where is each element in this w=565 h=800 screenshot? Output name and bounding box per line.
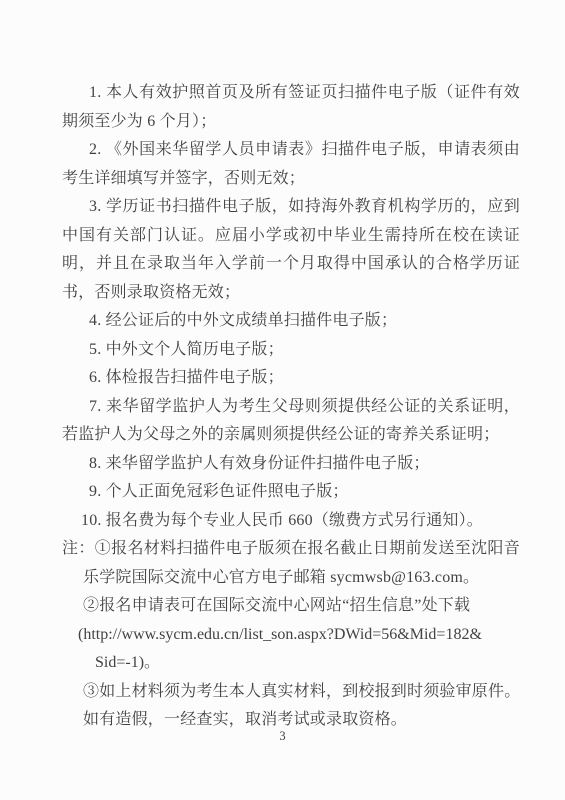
text-line: 书，否则录取资格无效； bbox=[62, 279, 520, 308]
text-line: (http://www.sycm.edu.cn/list_son.aspx?DW… bbox=[62, 621, 520, 650]
text-line: 乐学院国际交流中心官方电子邮箱 sycmwsb@163.com。 bbox=[62, 564, 520, 593]
text-line: ③如上材料须为考生本人真实材料，到校报到时须验审原件。 bbox=[62, 678, 520, 707]
text-line: 7. 来华留学监护人为考生父母则须提供经公证的关系证明， bbox=[62, 393, 520, 422]
text-line: 9. 个人正面免冠彩色证件照电子版； bbox=[62, 478, 520, 507]
text-line: 10. 报名费为每个专业人民币 660（缴费方式另行通知）。 bbox=[62, 507, 520, 536]
text-line: 注：①报名材料扫描件电子版须在报名截止日期前发送至沈阳音 bbox=[62, 535, 520, 564]
text-line: Sid=-1)。 bbox=[62, 649, 520, 678]
text-line: 1. 本人有效护照首页及所有签证页扫描件电子版（证件有效 bbox=[62, 79, 520, 108]
document-page: 1. 本人有效护照首页及所有签证页扫描件电子版（证件有效期须至少为 6 个月）；… bbox=[0, 0, 565, 800]
text-line: 期须至少为 6 个月）； bbox=[62, 108, 520, 137]
text-line: 若监护人为父母之外的亲属则须提供经公证的寄养关系证明； bbox=[62, 421, 520, 450]
text-line: 2. 《外国来华留学人员申请表》扫描件电子版，申请表须由 bbox=[62, 136, 520, 165]
text-line: 明，并且在录取当年入学前一个月取得中国承认的合格学历证 bbox=[62, 250, 520, 279]
text-line: 6. 体检报告扫描件电子版； bbox=[62, 364, 520, 393]
text-line: 8. 来华留学监护人有效身份证件扫描件电子版； bbox=[62, 450, 520, 479]
text-line: 考生详细填写并签字，否则无效； bbox=[62, 165, 520, 194]
document-body: 1. 本人有效护照首页及所有签证页扫描件电子版（证件有效期须至少为 6 个月）；… bbox=[62, 79, 520, 735]
text-line: ②报名申请表可在国际交流中心网站“招生信息”处下载 bbox=[62, 592, 520, 621]
page-number: 3 bbox=[0, 727, 565, 745]
text-line: 5. 中外文个人简历电子版； bbox=[62, 336, 520, 365]
text-line: 3. 学历证书扫描件电子版，如持海外教育机构学历的，应到 bbox=[62, 193, 520, 222]
text-line: 4. 经公证后的中外文成绩单扫描件电子版； bbox=[62, 307, 520, 336]
text-line: 中国有关部门认证。应届小学或初中毕业生需持所在校在读证 bbox=[62, 222, 520, 251]
